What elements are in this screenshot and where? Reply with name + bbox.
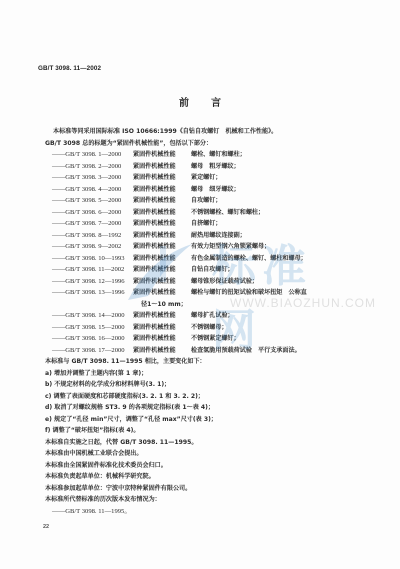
closing-line: 本标准自实施之日起，代替 GB/T 3098. 11—1995。 bbox=[45, 439, 197, 447]
part-item: ——GB/T 3098. 11—2002紧固件机械性能自钻自攻螺钉； bbox=[52, 266, 234, 274]
part-item: ——GB/T 3098. 15—2000紧固件机械性能不锈钢螺母； bbox=[52, 324, 228, 332]
title-char-2: 言 bbox=[211, 98, 221, 109]
part-item: ——GB/T 3098. 8—1992紧固件机械性能耐热用螺纹连接副； bbox=[52, 232, 246, 240]
part-item: ——GB/T 3098. 14—2000紧固件机械性能螺母扩孔试验； bbox=[52, 312, 234, 320]
part-item-continuation: 径1～10 mm； bbox=[141, 301, 187, 309]
part-item: ——GB/T 3098. 3—2000紧固件机械性能紧定螺钉； bbox=[52, 174, 221, 182]
part-item: ——GB/T 3098. 7—2000紧固件机械性能自挤螺钉； bbox=[52, 220, 221, 228]
change-item: a) 增加并调整了主题内容(第 1 章)； bbox=[45, 370, 147, 378]
change-item: e) 规定了“孔径 min”尺寸，调整了“孔径 max”尺寸(表 3)； bbox=[45, 416, 217, 424]
title-char-1: 前 bbox=[179, 98, 189, 109]
part-item: ——GB/T 3098. 12—1996紧固件机械性能螺母锥形保证载荷试验； bbox=[52, 278, 258, 286]
closing-line: 本标准由全国紧固件标准化技术委员会归口。 bbox=[45, 462, 167, 470]
page-number: 22 bbox=[43, 524, 49, 530]
part-item: ——GB/T 3098. 13—1996紧固件机械性能螺栓与螺钉的扭矩试验和破坏… bbox=[52, 289, 307, 297]
part-item: ——GB/T 3098. 1—2000紧固件机械性能螺栓、螺钉和螺柱； bbox=[52, 151, 246, 159]
part-item: ——GB/T 3098. 16—2000紧固件机械性能不锈钢紧定螺钉； bbox=[52, 335, 240, 343]
part-item: ——GB/T 3098. 5—2000紧固件机械性能自攻螺钉； bbox=[52, 197, 221, 205]
document-page: GB/T 3098. 11—2002 前言 本标准等同采用国际标准 ISO 10… bbox=[0, 0, 400, 569]
part-item: ——GB/T 3098. 2—2000紧固件机械性能螺母 粗牙螺纹； bbox=[52, 163, 240, 171]
part-item: ——GB/T 3098. 10—1993紧固件机械性能有色金属制造的螺栓、螺钉、… bbox=[52, 255, 307, 263]
change-item: f) 调整了“破坏扭矩”指标(表 4)。 bbox=[45, 427, 140, 435]
intro-paragraph-1: 本标准等同采用国际标准 ISO 10666:1999《自钻自攻螺钉 机械和工作性… bbox=[53, 128, 277, 136]
change-item: c) 调整了表面硬度和芯部硬度指标(3. 2. 1 和 3. 2. 2)； bbox=[45, 393, 204, 401]
closing-line: 本标准所代替标准的历次版本发布情况为： bbox=[45, 496, 161, 504]
closing-line: 本标准由中国机械工业联合会提出。 bbox=[45, 450, 143, 458]
intro-paragraph-2: GB/T 3098 总的标题为“紧固件机械性能”，包括以下部分： bbox=[45, 140, 212, 148]
closing-line: 本标准参加起草单位：宁波中京特种紧固件有限公司。 bbox=[45, 485, 191, 493]
standard-code: GB/T 3098. 11—2002 bbox=[38, 65, 101, 72]
part-item: ——GB/T 3098. 17—2000紧固件机械性能检查氢脆用预载荷试验 平行… bbox=[52, 347, 301, 355]
change-item: d) 取消了对螺纹规格 ST3. 9 的各项规定指标(表 1～表 4)； bbox=[45, 404, 214, 412]
part-item: ——GB/T 3098. 9—2002紧固件机械性能有效力矩型钢六角锁紧螺母； bbox=[52, 243, 270, 251]
changes-intro: 本标准与 GB/T 3098. 11—1995 相比，主要变化如下： bbox=[45, 358, 206, 366]
watermark-url: WWW.BIAOZHUN.COM bbox=[230, 296, 376, 310]
page-title: 前言 bbox=[0, 94, 400, 109]
history-item: ——GB/T 3098. 11—1995。 bbox=[52, 508, 131, 516]
part-item: ——GB/T 3098. 6—2000紧固件机械性能不锈钢螺栓、螺钉和螺柱； bbox=[52, 209, 264, 217]
part-item: ——GB/T 3098. 4—2000紧固件机械性能螺母 细牙螺纹； bbox=[52, 186, 240, 194]
closing-line: 本标准负责起草单位：机械科学研究院。 bbox=[45, 473, 155, 481]
change-item: b) 不规定材料的化学成分和材料牌号(3. 1)； bbox=[45, 381, 170, 389]
